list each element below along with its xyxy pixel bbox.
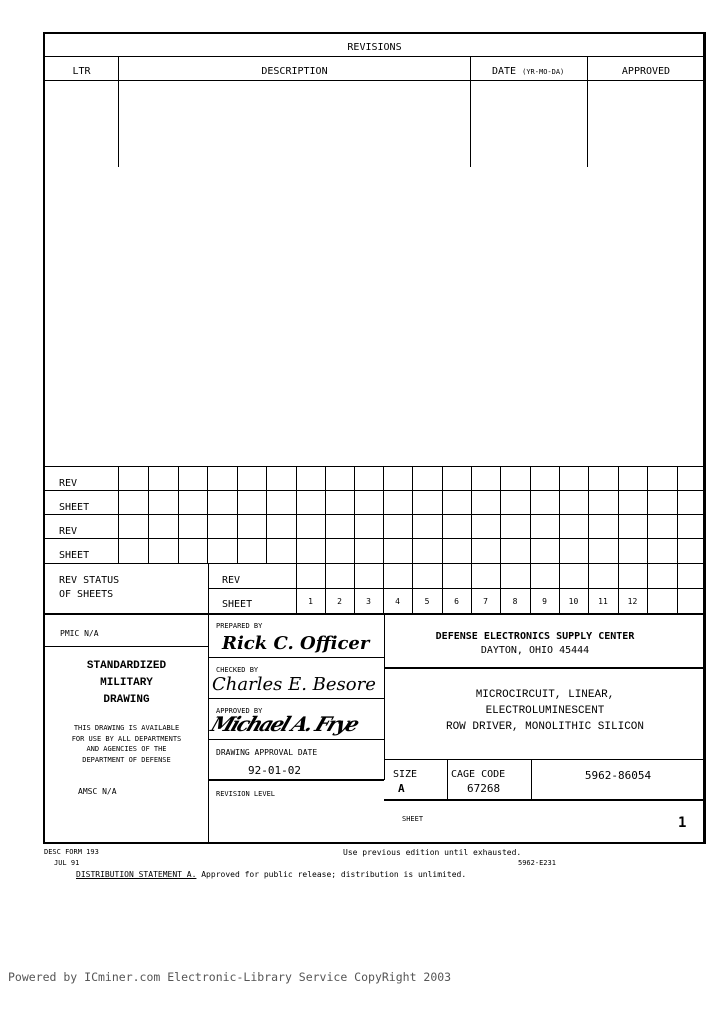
pmic-label: PMIC N/A xyxy=(60,629,99,639)
status-rev-label: REV xyxy=(222,575,240,587)
divider xyxy=(45,538,706,539)
approval-date-label: DRAWING APPROVAL DATE xyxy=(216,748,317,758)
divider xyxy=(207,466,208,563)
sheet-number: 10 xyxy=(559,597,588,607)
divider xyxy=(208,657,384,658)
cage-code-value: 67268 xyxy=(467,783,500,795)
sheet-label: SHEET xyxy=(402,815,423,824)
sheet-number: 7 xyxy=(471,597,500,607)
divider xyxy=(208,563,209,613)
drawing-title: MICROCIRCUIT, LINEAR, xyxy=(385,687,705,703)
heading-military: MILITARY xyxy=(45,675,208,692)
divider xyxy=(500,466,501,613)
edition-note: Use previous edition until exhausted. xyxy=(343,848,521,857)
agency-name: DEFENSE ELECTRONICS SUPPLY CENTER xyxy=(385,631,685,643)
divider xyxy=(118,466,119,563)
drawing-title: ROW DRIVER, MONOLITHIC SILICON xyxy=(385,719,705,735)
agency-address: DAYTON, OHIO 45444 xyxy=(385,645,685,657)
revision-level-label: REVISION LEVEL xyxy=(216,790,275,799)
form-date: JUL 91 xyxy=(54,859,79,868)
drawing-title: ELECTROLUMINESCENT xyxy=(385,703,705,719)
heading-standardized: STANDARDIZED xyxy=(45,658,208,675)
cage-code-label: CAGE CODE xyxy=(451,769,505,781)
form-id: DESC FORM 193 xyxy=(44,848,99,857)
size-value: A xyxy=(398,783,405,795)
size-label: SIZE xyxy=(393,769,417,781)
prepared-by-label: PREPARED BY xyxy=(216,622,262,631)
col-header-date: DATE (YR-MO-DA) xyxy=(492,66,564,78)
divider xyxy=(208,588,706,589)
approved-by-signature: Michael A. Frye xyxy=(208,712,362,736)
divider xyxy=(178,466,179,563)
divider xyxy=(45,56,704,57)
divider xyxy=(412,466,413,613)
sheet-number: 5 xyxy=(412,597,442,607)
availability-text: DEPARTMENT OF DEFENSE xyxy=(45,755,208,766)
grid-row-label-sheet: SHEET xyxy=(59,550,89,562)
divider xyxy=(471,466,472,613)
col-header-approved: APPROVED xyxy=(588,66,704,78)
divider xyxy=(470,56,471,167)
sheet-number: 12 xyxy=(618,597,647,607)
approval-date-value: 92-01-02 xyxy=(248,765,301,777)
watermark: Powered by ICminer.com Electronic-Librar… xyxy=(8,971,451,983)
distribution-label: DISTRIBUTION STATEMENT A. xyxy=(76,870,196,879)
col-header-description: DESCRIPTION xyxy=(119,66,470,78)
divider xyxy=(677,466,678,613)
prepared-by-signature: Rick C. Officer xyxy=(222,633,369,654)
sheet-number: 1 xyxy=(296,597,325,607)
divider xyxy=(530,466,531,613)
rev-status-label: OF SHEETS xyxy=(59,589,113,601)
divider xyxy=(208,779,384,781)
divider xyxy=(148,466,149,563)
date-label: DATE xyxy=(492,66,516,77)
divider xyxy=(208,739,384,740)
heading-drawing: DRAWING xyxy=(45,692,208,709)
divider xyxy=(45,646,208,647)
revisions-title: REVISIONS xyxy=(45,42,704,54)
divider xyxy=(45,613,706,615)
divider xyxy=(384,759,706,760)
grid-row-label-sheet: SHEET xyxy=(59,502,89,514)
sheet-number: 3 xyxy=(354,597,383,607)
availability-text: THIS DRAWING IS AVAILABLE xyxy=(45,723,208,734)
divider xyxy=(647,466,648,613)
sheet-number: 11 xyxy=(588,597,618,607)
amsc-label: AMSC N/A xyxy=(78,787,117,797)
divider xyxy=(45,466,706,467)
divider xyxy=(354,466,355,613)
divider xyxy=(296,466,297,613)
distribution-text: Approved for public release; distributio… xyxy=(196,870,466,879)
divider xyxy=(447,759,448,799)
divider xyxy=(588,466,589,613)
sheet-number: 2 xyxy=(325,597,354,607)
divider xyxy=(45,514,706,515)
distribution-statement: DISTRIBUTION STATEMENT A. Approved for p… xyxy=(76,870,466,879)
sheet-value: 1 xyxy=(678,815,686,831)
divider xyxy=(384,799,706,801)
date-format: (YR-MO-DA) xyxy=(522,68,564,76)
checked-by-signature: Charles E. Besore xyxy=(212,674,376,695)
divider xyxy=(208,698,384,699)
divider xyxy=(384,667,706,669)
availability-text: AND AGENCIES OF THE xyxy=(45,744,208,755)
grid-row-label-rev: REV xyxy=(59,478,77,490)
form-code: 5962-E231 xyxy=(518,859,556,868)
divider xyxy=(442,466,443,613)
status-sheet-label: SHEET xyxy=(222,599,252,611)
sheet-number: 6 xyxy=(442,597,471,607)
availability-text: FOR USE BY ALL DEPARTMENTS xyxy=(45,734,208,745)
divider xyxy=(383,466,384,613)
divider xyxy=(45,80,704,81)
divider xyxy=(45,490,706,491)
sheet-number: 8 xyxy=(500,597,530,607)
rev-status-label: REV STATUS xyxy=(59,575,119,587)
sheet-number: 9 xyxy=(530,597,559,607)
sheet-number: 4 xyxy=(383,597,412,607)
col-header-ltr: LTR xyxy=(45,66,118,78)
divider xyxy=(325,466,326,613)
divider xyxy=(45,563,706,564)
divider xyxy=(618,466,619,613)
grid-row-label-rev: REV xyxy=(59,526,77,538)
divider xyxy=(237,466,238,563)
drawing-number: 5962-86054 xyxy=(532,770,704,782)
divider xyxy=(559,466,560,613)
divider xyxy=(266,466,267,563)
